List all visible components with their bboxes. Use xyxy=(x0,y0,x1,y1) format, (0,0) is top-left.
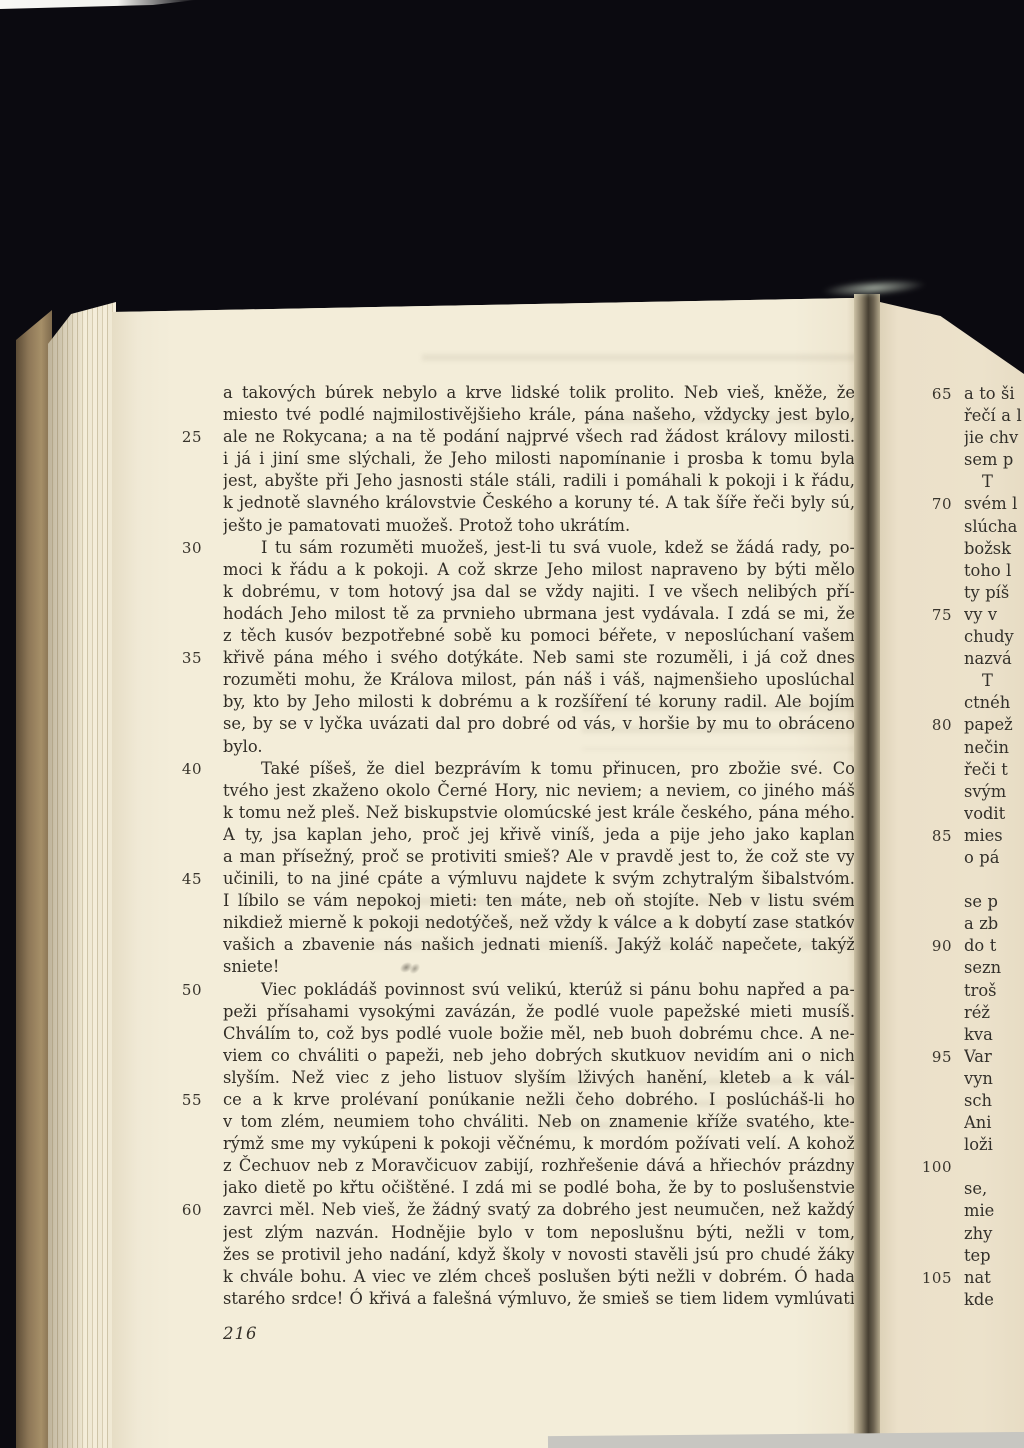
scanned-book-photo: { "palette": { "backdrop": "#0b0a10", "p… xyxy=(0,0,1024,1448)
text-line: zhy xyxy=(880,1223,1024,1245)
text-line: a takových búrek nebylo a krve lidské to… xyxy=(112,382,854,404)
ink-smudge xyxy=(398,962,422,974)
text-line: miesto tvé podlé najmilostivějšieho král… xyxy=(112,404,854,426)
margin-line-number: 95 xyxy=(906,1046,952,1068)
text-line: božsk xyxy=(880,538,1024,560)
text-line: k jednotě slavného královstvie Českého a… xyxy=(112,492,854,514)
show-through-smudge xyxy=(422,354,922,370)
text-line: 25ale ne Rokycana; a na tě podání najprv… xyxy=(112,426,854,448)
line-text: slúcha xyxy=(964,516,1024,538)
text-line: z těch kusóv bezpotřebné sobě ku pomoci … xyxy=(112,625,854,647)
text-line: rýmž sme my vykúpeni k pokoji věčnému, k… xyxy=(112,1133,854,1155)
text-line: jest, abyšte při Jeho jasnosti stále stá… xyxy=(112,470,854,492)
text-line: vyn xyxy=(880,1068,1024,1090)
text-line: réž xyxy=(880,1002,1024,1024)
page-edge-stack xyxy=(48,298,116,1448)
line-text: sezn xyxy=(964,957,1024,979)
line-text: z Čechuov neb z Moravčicuov zabijí, rozh… xyxy=(223,1155,855,1177)
text-line: ty píš xyxy=(880,582,1024,604)
text-line: moci k řádu a k pokoji. A což skrze Jeho… xyxy=(112,559,854,581)
margin-line-number: 65 xyxy=(906,383,952,405)
line-text: rozuměti mohu, že Králova milost, pán ná… xyxy=(223,669,855,691)
line-text: jest zlým nazván. Hodnějie bylo v tom ne… xyxy=(223,1222,855,1244)
line-text: a takových búrek nebylo a krve lidské to… xyxy=(223,382,855,404)
line-text: I líbilo se vám nepokoj mieti: ten máte,… xyxy=(223,890,855,912)
text-line: žes se protivil jeho nadání, když školy … xyxy=(112,1244,854,1266)
line-text: a zb xyxy=(964,913,1024,935)
line-text: sem p xyxy=(964,449,1024,471)
line-text: k dobrému, v tom hotový jsa dal se vždy … xyxy=(223,581,855,603)
margin-line-number: 30 xyxy=(158,537,202,559)
text-line: toho l xyxy=(880,560,1024,582)
line-text: Var xyxy=(964,1046,1024,1068)
line-text: křivě pána mého i svého dotýkáte. Neb sa… xyxy=(223,647,855,669)
text-line: 75vy v xyxy=(880,604,1024,626)
line-text: T xyxy=(964,670,1024,692)
margin-line-number: 105 xyxy=(906,1267,952,1289)
text-line: hodách Jeho milost tě za prvnieho ubrman… xyxy=(112,603,854,625)
text-line: kva xyxy=(880,1024,1024,1046)
margin-line-number: 40 xyxy=(158,758,202,780)
text-line: 60zavrci měl. Neb vieš, že žádný svatý z… xyxy=(112,1199,854,1221)
margin-line-number: 85 xyxy=(906,825,952,847)
line-text xyxy=(964,1156,1024,1178)
line-text: mies xyxy=(964,825,1024,847)
text-line: nazvá xyxy=(880,648,1024,670)
left-text-block: a takových búrek nebylo a krve lidské to… xyxy=(112,382,854,1310)
line-text: nikdiež mierně k pokoji nedotýčeš, než v… xyxy=(223,912,855,934)
line-text: zhy xyxy=(964,1223,1024,1245)
margin-line-number: 35 xyxy=(158,647,202,669)
text-line: Ani xyxy=(880,1112,1024,1134)
text-line: z Čechuov neb z Moravčicuov zabijí, rozh… xyxy=(112,1155,854,1177)
line-text: vodit xyxy=(964,803,1024,825)
line-text: bylo. xyxy=(223,736,855,758)
line-text: i já i jiní sme slýchali, že Jeho milost… xyxy=(223,448,855,470)
text-line: ctnéh xyxy=(880,692,1024,714)
line-text: ty píš xyxy=(964,582,1024,604)
right-page: 65a to šiřečí a ljie chvsem pT70svém lsl… xyxy=(880,294,1024,1448)
line-text: Také píšeš, že diel bezprávím k tomu při… xyxy=(223,758,855,780)
text-line: nečin xyxy=(880,737,1024,759)
text-line: sniete! xyxy=(112,956,854,978)
text-line: 70svém l xyxy=(880,493,1024,515)
text-line: by, kto by Jeho milosti k dobrému a k ro… xyxy=(112,691,854,713)
text-line: troš xyxy=(880,980,1024,1002)
text-line: ješto je pamatovati muožeš. Protož toho … xyxy=(112,515,854,537)
line-text: viem co chváliti o papeži, neb jeho dobr… xyxy=(223,1045,855,1067)
text-line: tvého jest zkaženo okolo Černé Hory, nic… xyxy=(112,780,854,802)
line-text: k jednotě slavného královstvie Českého a… xyxy=(223,492,855,514)
text-line: chudy xyxy=(880,626,1024,648)
margin-line-number: 55 xyxy=(158,1089,202,1111)
line-text: se p xyxy=(964,891,1024,913)
line-text: I tu sám rozuměti muožeš, jest-li tu svá… xyxy=(223,537,855,559)
gutter-shadow xyxy=(854,294,880,1448)
line-text: sniete! xyxy=(223,956,855,978)
text-line: A ty, jsa kaplan jeho, proč jej křivě vi… xyxy=(112,824,854,846)
text-line: řečí a l xyxy=(880,405,1024,427)
right-text-block: 65a to šiřečí a ljie chvsem pT70svém lsl… xyxy=(880,383,1024,1311)
text-line: 30I tu sám rozuměti muožeš, jest-li tu s… xyxy=(112,537,854,559)
line-text: troš xyxy=(964,980,1024,1002)
margin-line-number: 60 xyxy=(158,1199,202,1221)
text-line: 105nat xyxy=(880,1267,1024,1289)
backdrop-white-sliver xyxy=(0,0,196,9)
margin-line-number: 90 xyxy=(906,935,952,957)
text-line: se p xyxy=(880,891,1024,913)
margin-line-number: 75 xyxy=(906,604,952,626)
line-text: a man přísežný, proč se protiviti smieš?… xyxy=(223,846,855,868)
text-line: sch xyxy=(880,1090,1024,1112)
line-text: zavrci měl. Neb vieš, že žádný svatý za … xyxy=(223,1199,855,1221)
text-line: rozuměti mohu, že Králova milost, pán ná… xyxy=(112,669,854,691)
margin-line-number: 50 xyxy=(158,979,202,1001)
text-line: tep xyxy=(880,1245,1024,1267)
line-text: božsk xyxy=(964,538,1024,560)
text-line: starého srdce! Ó křivá a falešná výmluvo… xyxy=(112,1288,854,1310)
line-text: hodách Jeho milost tě za prvnieho ubrman… xyxy=(223,603,855,625)
text-line: o pá xyxy=(880,847,1024,869)
text-line: v tom zlém, neumiem toho chváliti. Neb o… xyxy=(112,1111,854,1133)
text-line: viem co chváliti o papeži, neb jeho dobr… xyxy=(112,1045,854,1067)
line-text: A ty, jsa kaplan jeho, proč jej křivě vi… xyxy=(223,824,855,846)
line-text: do t xyxy=(964,935,1024,957)
line-text: svým xyxy=(964,781,1024,803)
text-line: k chvále bohu. A viec ve zlém chceš posl… xyxy=(112,1266,854,1288)
line-text: mie xyxy=(964,1200,1024,1222)
text-line: peži přísahami vysokými zavázán, že podl… xyxy=(112,1001,854,1023)
line-text: jie chv xyxy=(964,427,1024,449)
line-text: miesto tvé podlé najmilostivějšieho král… xyxy=(223,404,855,426)
text-line: slúcha xyxy=(880,516,1024,538)
text-line: jie chv xyxy=(880,427,1024,449)
line-text: z těch kusóv bezpotřebné sobě ku pomoci … xyxy=(223,625,855,647)
line-text: kde xyxy=(964,1289,1024,1311)
text-line: se, xyxy=(880,1178,1024,1200)
margin-line-number: 70 xyxy=(906,493,952,515)
line-text: Viec pokládáš povinnost svú velikú, kter… xyxy=(223,979,855,1001)
line-text: peži přísahami vysokými zavázán, že podl… xyxy=(223,1001,855,1023)
line-text: kva xyxy=(964,1024,1024,1046)
text-line: svým xyxy=(880,781,1024,803)
text-line: Chválím to, což bys podlé vuole božie mě… xyxy=(112,1023,854,1045)
margin-line-number: 45 xyxy=(158,868,202,890)
text-line: nikdiež mierně k pokoji nedotýčeš, než v… xyxy=(112,912,854,934)
text-line: kde xyxy=(880,1289,1024,1311)
line-text: Ani xyxy=(964,1112,1024,1134)
text-line: 45učinili, to na jiné cpáte a výmluvu na… xyxy=(112,868,854,890)
line-text: řeči t xyxy=(964,759,1024,781)
line-text: réž xyxy=(964,1002,1024,1024)
line-text: tep xyxy=(964,1245,1024,1267)
text-line: vašich a zbavenie nás našich jednati mie… xyxy=(112,934,854,956)
text-line: k dobrému, v tom hotový jsa dal se vždy … xyxy=(112,581,854,603)
text-line: 55ce a k krve prolévaní ponúkanie nežli … xyxy=(112,1089,854,1111)
text-line: a zb xyxy=(880,913,1024,935)
text-line: sem p xyxy=(880,449,1024,471)
line-text: chudy xyxy=(964,626,1024,648)
line-text: se, by se v lyčka uvázati dal pro dobré … xyxy=(223,713,855,735)
line-text: učinili, to na jiné cpáte a výmluvu najd… xyxy=(223,868,855,890)
text-line: 90do t xyxy=(880,935,1024,957)
line-text: toho l xyxy=(964,560,1024,582)
line-text: T xyxy=(964,471,1024,493)
text-line: T xyxy=(880,670,1024,692)
line-text: papež xyxy=(964,714,1024,736)
line-text: se, xyxy=(964,1178,1024,1200)
text-line: T xyxy=(880,471,1024,493)
text-line: a man přísežný, proč se protiviti smieš?… xyxy=(112,846,854,868)
text-line: 65a to ši xyxy=(880,383,1024,405)
page-number: 216 xyxy=(223,1324,258,1343)
margin-line-number: 100 xyxy=(906,1156,952,1178)
margin-line-number: 80 xyxy=(906,714,952,736)
line-text: jest, abyšte při Jeho jasnosti stále stá… xyxy=(223,470,855,492)
line-text: ješto je pamatovati muožeš. Protož toho … xyxy=(223,515,855,537)
line-text: k chvále bohu. A viec ve zlém chceš posl… xyxy=(223,1266,855,1288)
text-line: se, by se v lyčka uvázati dal pro dobré … xyxy=(112,713,854,735)
text-line: loži xyxy=(880,1134,1024,1156)
text-line: vodit xyxy=(880,803,1024,825)
line-text: a to ši xyxy=(964,383,1024,405)
line-text: by, kto by Jeho milosti k dobrému a k ro… xyxy=(223,691,855,713)
line-text: vašich a zbavenie nás našich jednati mie… xyxy=(223,934,855,956)
text-line: I líbilo se vám nepokoj mieti: ten máte,… xyxy=(112,890,854,912)
line-text: v tom zlém, neumiem toho chváliti. Neb o… xyxy=(223,1111,855,1133)
line-text: loži xyxy=(964,1134,1024,1156)
line-text: ctnéh xyxy=(964,692,1024,714)
line-text: starého srdce! Ó křivá a falešná výmluvo… xyxy=(223,1288,855,1310)
line-text: řečí a l xyxy=(964,405,1024,427)
line-text: vyn xyxy=(964,1068,1024,1090)
text-line: k tomu než pleš. Než biskupstvie olomúcs… xyxy=(112,802,854,824)
text-line: řeči t xyxy=(880,759,1024,781)
line-text: sch xyxy=(964,1090,1024,1112)
book-cover-edge xyxy=(16,306,52,1448)
line-text: rýmž sme my vykúpeni k pokoji věčnému, k… xyxy=(223,1133,855,1155)
line-text: ce a k krve prolévaní ponúkanie nežli če… xyxy=(223,1089,855,1111)
line-text: svém l xyxy=(964,493,1024,515)
text-line: 50Viec pokládáš povinnost svú velikú, kt… xyxy=(112,979,854,1001)
text-line: jako dietě po křtu očištěné. I zdá mi se… xyxy=(112,1177,854,1199)
line-text: Chválím to, což bys podlé vuole božie mě… xyxy=(223,1023,855,1045)
text-line: 85mies xyxy=(880,825,1024,847)
text-line: jest zlým nazván. Hodnějie bylo v tom ne… xyxy=(112,1222,854,1244)
text-line: 95Var xyxy=(880,1046,1024,1068)
text-line: bylo. xyxy=(112,736,854,758)
line-text: slyším. Než viec z jeho listuov slyším l… xyxy=(223,1067,855,1089)
line-text: tvého jest zkaženo okolo Černé Hory, nic… xyxy=(223,780,855,802)
line-text xyxy=(964,869,1024,891)
line-text: jako dietě po křtu očištěné. I zdá mi se… xyxy=(223,1177,855,1199)
text-line: mie xyxy=(880,1200,1024,1222)
text-line: 80papež xyxy=(880,714,1024,736)
text-line: slyším. Než viec z jeho listuov slyším l… xyxy=(112,1067,854,1089)
text-line: 35křivě pána mého i svého dotýkáte. Neb … xyxy=(112,647,854,669)
line-text: nečin xyxy=(964,737,1024,759)
text-line: i já i jiní sme slýchali, že Jeho milost… xyxy=(112,448,854,470)
text-line: sezn xyxy=(880,957,1024,979)
line-text: o pá xyxy=(964,847,1024,869)
left-page: a takových búrek nebylo a krve lidské to… xyxy=(112,296,854,1448)
line-text: ale ne Rokycana; a na tě podání najprvé … xyxy=(223,426,855,448)
text-line xyxy=(880,869,1024,891)
line-text: k tomu než pleš. Než biskupstvie olomúcs… xyxy=(223,802,855,824)
line-text: nazvá xyxy=(964,648,1024,670)
margin-line-number: 25 xyxy=(158,426,202,448)
line-text: vy v xyxy=(964,604,1024,626)
line-text: moci k řádu a k pokoji. A což skrze Jeho… xyxy=(223,559,855,581)
line-text: nat xyxy=(964,1267,1024,1289)
line-text: žes se protivil jeho nadání, když školy … xyxy=(223,1244,855,1266)
text-line: 40Také píšeš, že diel bezprávím k tomu p… xyxy=(112,758,854,780)
text-line: 100 xyxy=(880,1156,1024,1178)
